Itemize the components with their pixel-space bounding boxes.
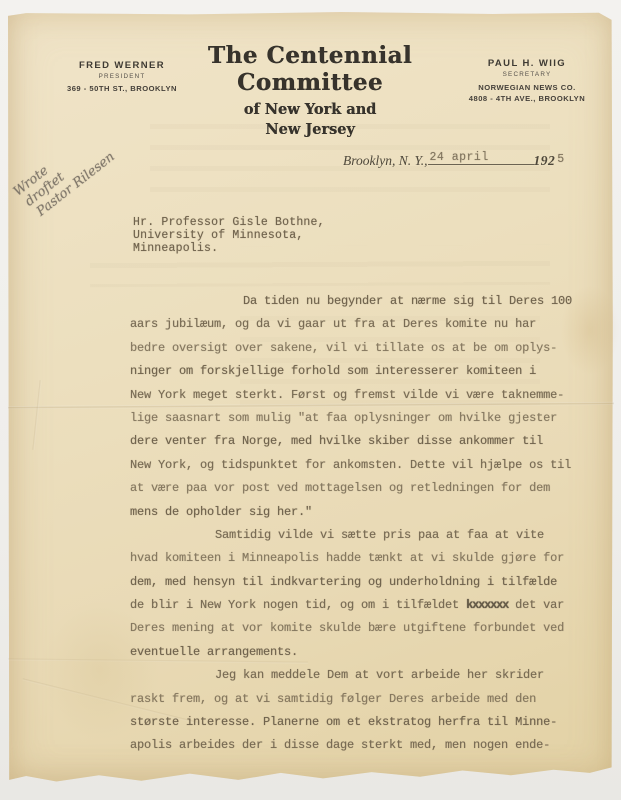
letter-line: aars jubilæum, og da vi gaar ut fra at D… [130, 313, 590, 336]
letter-line: raskt frem, og at vi samtidig følger Der… [130, 688, 590, 711]
typed-over-word: kxxxxxx [466, 598, 508, 612]
letterhead-center-block: The Centennial Committee of New York and… [158, 42, 462, 138]
letter-line: bedre oversigt over sakene, vil vi tilla… [130, 337, 590, 360]
letterhead-secretary-block: PAUL H. WIIG SECRETARY NORWEGIAN NEWS CO… [452, 58, 602, 103]
scanned-letter-page: { "colors": { "paper": "#ecdfbe", "print… [0, 0, 621, 800]
secretary-title: SECRETARY [452, 71, 602, 78]
dateline-rule: 24 april [428, 150, 534, 165]
secretary-org: NORWEGIAN NEWS CO. [452, 83, 602, 92]
organization-subtitle-2: New Jersey [158, 121, 462, 138]
secretary-address: 4808 - 4TH AVE., BROOKLYN [452, 94, 602, 103]
letter-line: dere venter fra Norge, med hvilke skiber… [130, 430, 590, 453]
letter-line: apolis arbeides der i disse dage sterkt … [130, 734, 590, 757]
letter-line: at være paa vor post ved mottagelsen og … [130, 477, 590, 500]
letter-line: eventuelle arrangements. [130, 641, 590, 664]
letter-line: Deres mening at vor komite skulde bære u… [130, 617, 590, 640]
letter-body: Da tiden nu begynder at nærme sig til De… [130, 290, 590, 758]
recipient-address-block: Hr. Professor Gisle Bothne, University o… [133, 216, 325, 255]
letter-line: New York, og tidspunktet for ankomsten. … [130, 454, 590, 477]
typed-date: 24 april [430, 151, 489, 164]
dateline: Brooklyn, N. Y.,24 april1925 [343, 150, 562, 169]
letter-line: største interesse. Planerne om et ekstra… [130, 711, 590, 734]
letter-line: dem, med hensyn til indkvartering og und… [130, 571, 590, 594]
letter-line: New York meget sterkt. Først og fremst v… [130, 384, 590, 407]
recipient-line: Hr. Professor Gisle Bothne, [133, 216, 325, 229]
secretary-name: PAUL H. WIIG [452, 58, 602, 69]
typed-year-digit: 5 [557, 153, 564, 166]
letter-line-with-strikeout: de blir i New York nogen tid, og om i ti… [130, 594, 590, 617]
line-segment: de blir i New York nogen tid, og om i ti… [130, 598, 466, 612]
letter-line: lige saasnart som mulig "at faa oplysnin… [130, 407, 590, 430]
dateline-place: Brooklyn, N. Y., [343, 153, 428, 168]
letter-line: Jeg kan meddele Dem at vort arbeide her … [130, 664, 590, 687]
letter-line: hvad komiteen i Minneapolis hadde tænkt … [130, 547, 590, 570]
printed-year: 192 [534, 153, 556, 168]
recipient-line: University of Minnesota, [133, 229, 325, 242]
letter-line: ninger om forskjellige forhold som inter… [130, 360, 590, 383]
letter-line: Samtidig vilde vi sætte pris paa at faa … [130, 524, 590, 547]
organization-subtitle-1: of New York and [158, 101, 462, 118]
line-segment: det var [508, 598, 564, 612]
letter-line: mens de opholder sig her." [130, 501, 590, 524]
organization-title: The Centennial Committee [158, 42, 462, 96]
recipient-line: Minneapolis. [133, 242, 325, 255]
letter-line: Da tiden nu begynder at nærme sig til De… [130, 290, 590, 313]
